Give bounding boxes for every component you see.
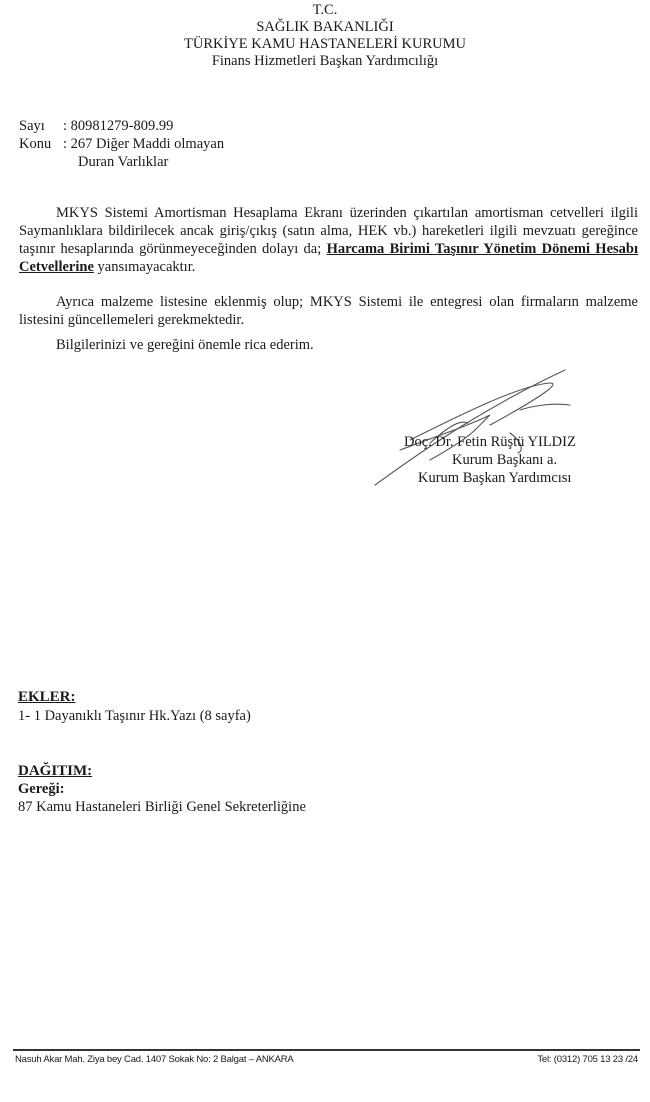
distribution-section: DAĞITIM: Gereği: 87 Kamu Hastaneleri Bir… xyxy=(18,762,306,816)
distribution-subtitle: Gereği: xyxy=(18,780,306,798)
attachments-title: EKLER: xyxy=(18,688,251,707)
sayi-value: : 80981279-809.99 xyxy=(63,117,173,135)
body-paragraph-3: Bilgilerinizi ve gereğini önemle rica ed… xyxy=(19,336,638,354)
distribution-title: DAĞITIM: xyxy=(18,762,306,780)
p2-text: Ayrıca malzeme listesine eklenmiş olup; … xyxy=(19,293,638,329)
signatory-title-1: Kurum Başkanı a. xyxy=(404,451,576,469)
letterhead: T.C. SAĞLIK BAKANLIĞI TÜRKİYE KAMU HASTA… xyxy=(0,2,650,70)
konu-label: Konu xyxy=(19,135,63,153)
signature-block: Doç. Dr. Fetin Rüştü YILDIZ Kurum Başkan… xyxy=(404,433,576,487)
signatory-name: Doç. Dr. Fetin Rüştü YILDIZ xyxy=(404,433,576,451)
attachment-item: 1- 1 Dayanıklı Taşınır Hk.Yazı (8 sayfa) xyxy=(18,707,251,726)
header-tc: T.C. xyxy=(0,2,650,19)
konu-row: Konu : 267 Diğer Maddi olmayan xyxy=(19,135,224,153)
signatory-title-2: Kurum Başkan Yardımcısı xyxy=(404,469,576,487)
attachments-section: EKLER: 1- 1 Dayanıklı Taşınır Hk.Yazı (8… xyxy=(18,688,251,726)
konu-value-continued: Duran Varlıklar xyxy=(19,153,224,171)
header-department: Finans Hizmetleri Başkan Yardımcılığı xyxy=(0,53,650,70)
sayi-label: Sayı xyxy=(19,117,63,135)
konu-value: : 267 Diğer Maddi olmayan xyxy=(63,135,224,153)
document-meta: Sayı : 80981279-809.99 Konu : 267 Diğer … xyxy=(19,117,224,171)
footer-address: Nasuh Akar Mah. Ziya bey Cad. 1407 Sokak… xyxy=(15,1054,294,1065)
distribution-item: 87 Kamu Hastaneleri Birliği Genel Sekret… xyxy=(18,798,306,816)
sayi-row: Sayı : 80981279-809.99 xyxy=(19,117,224,135)
footer-phone: Tel: (0312) 705 13 23 /24 xyxy=(537,1054,638,1065)
footer: Nasuh Akar Mah. Ziya bey Cad. 1407 Sokak… xyxy=(15,1054,638,1065)
header-institution: TÜRKİYE KAMU HASTANELERİ KURUMU xyxy=(0,36,650,53)
header-ministry: SAĞLIK BAKANLIĞI xyxy=(0,19,650,36)
p3-text: Bilgilerinizi ve gereğini önemle rica ed… xyxy=(19,336,638,354)
body-paragraph-2: Ayrıca malzeme listesine eklenmiş olup; … xyxy=(19,293,638,329)
footer-divider xyxy=(13,1049,640,1051)
body-paragraph-1: MKYS Sistemi Amortisman Hesaplama Ekranı… xyxy=(19,204,638,276)
p1-text-end: yansımayacaktır. xyxy=(94,259,195,275)
